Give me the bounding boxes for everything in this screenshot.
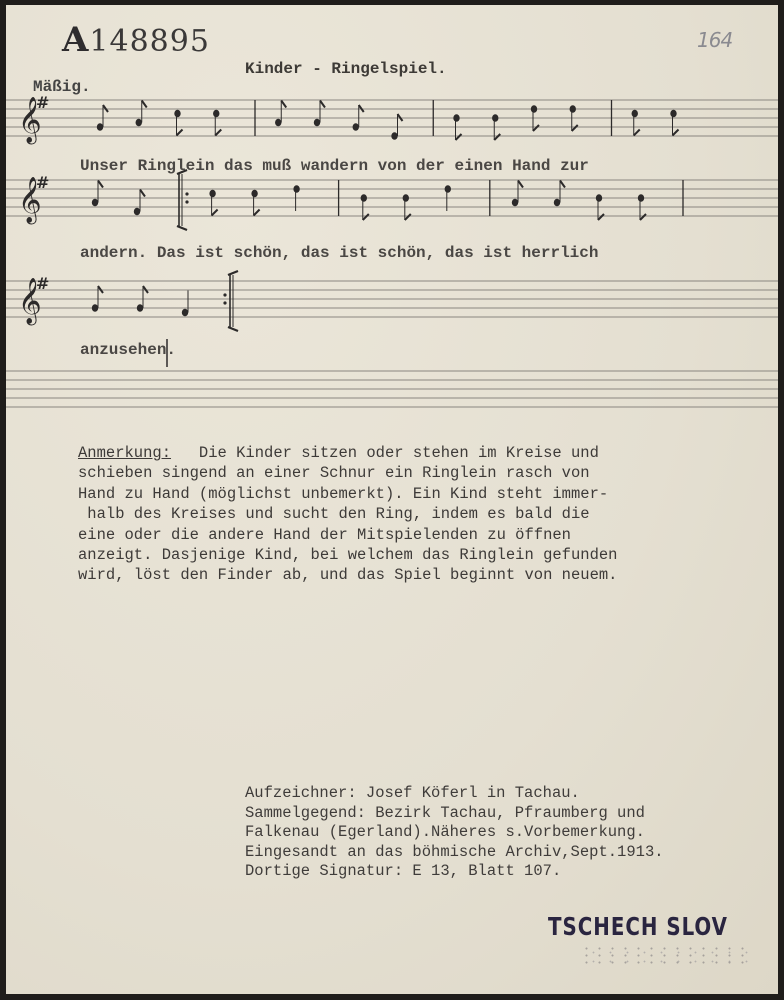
stamp-ink-specks: [580, 945, 750, 965]
sharp-icon: #: [36, 274, 49, 293]
lyric-line: anzusehen.: [80, 341, 176, 359]
lyric-line: Unser Ringlein das muß wandern von der e…: [80, 157, 589, 175]
sharp-icon: #: [36, 173, 49, 192]
sharp-icon: #: [36, 93, 49, 112]
remark-label: Anmerkung:: [78, 444, 171, 462]
collection-metadata: Aufzeichner: Josef Köferl in Tachau. Sam…: [245, 784, 664, 882]
lyric-line: andern. Das ist schön, das ist schön, da…: [80, 244, 598, 262]
remark-paragraph: Anmerkung: Die Kinder sitzen oder stehen…: [78, 443, 618, 586]
remark-text: Die Kinder sitzen oder stehen im Kreise …: [78, 444, 618, 584]
country-stamp: TSCHECH SLOV: [548, 913, 728, 942]
